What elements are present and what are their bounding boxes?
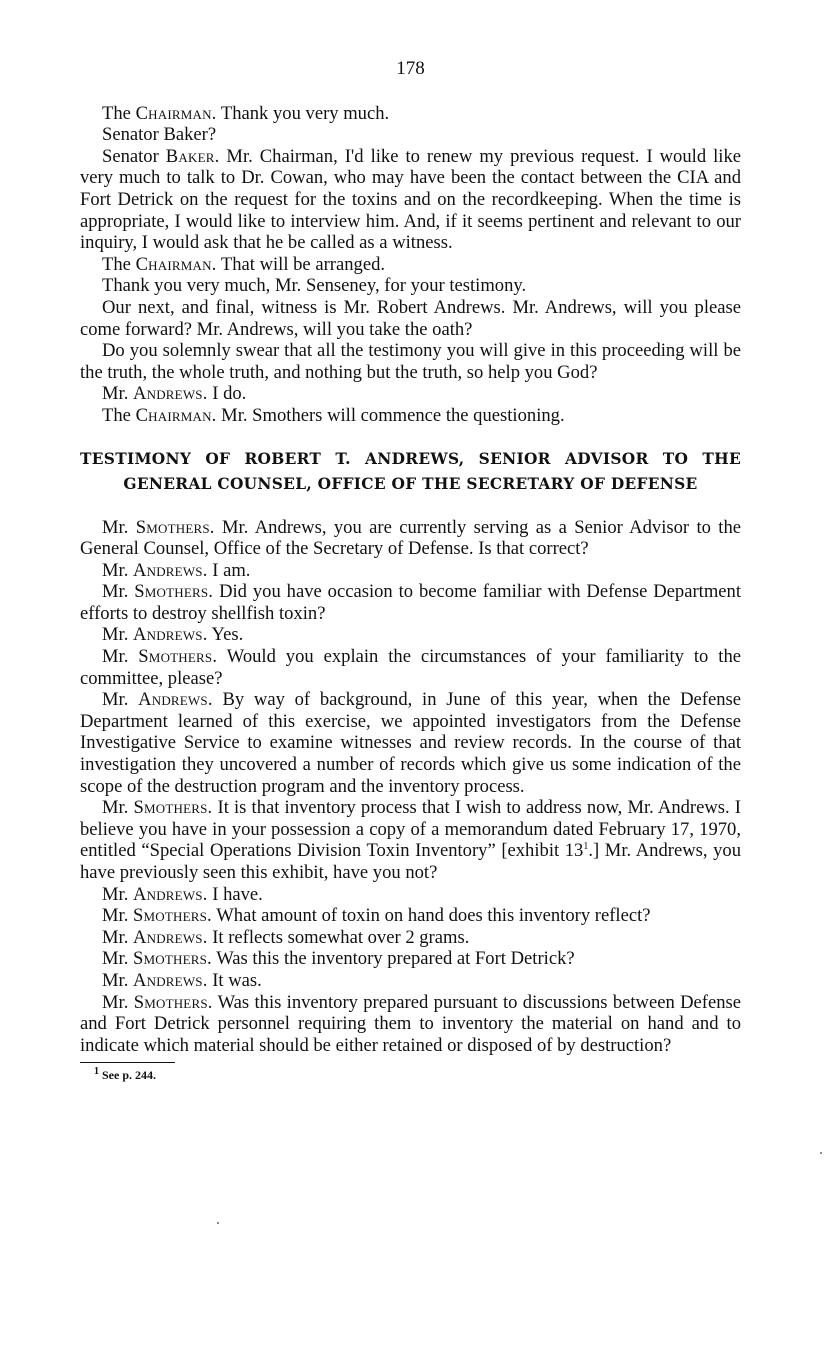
speaker: Andrews.	[133, 970, 208, 991]
paragraph: Mr. Smothers. What amount of toxin on ha…	[80, 905, 741, 927]
paragraph-text: It reflects somewhat over 2 grams.	[208, 927, 470, 948]
testimony-transcript: Mr. Smothers. Mr. Andrews, you are curre…	[80, 517, 741, 1057]
paragraph-text: Was this the inventory prepared at Fort …	[212, 948, 575, 969]
paragraph-text: I have.	[208, 884, 263, 905]
paragraph-text: Thank you very much, Mr. Senseney, for y…	[102, 275, 526, 296]
heading-line-2: GENERAL COUNSEL, OFFICE OF THE SECRETARY…	[123, 475, 697, 493]
paragraph: Mr. Andrews. It reflects somewhat over 2…	[80, 927, 741, 949]
speaker: Smothers.	[134, 992, 213, 1013]
speaker: Andrews.	[133, 560, 208, 581]
speaker: Chairman.	[136, 405, 217, 426]
paragraph: Mr. Andrews. I am.	[80, 560, 741, 582]
paragraph: Mr. Andrews. I do.	[80, 383, 741, 405]
speaker: Andrews.	[133, 927, 208, 948]
speaker: Smothers.	[133, 797, 212, 818]
speaker-prefix: Mr.	[102, 689, 138, 710]
speaker-prefix: The	[102, 254, 136, 275]
speaker: Andrews.	[133, 884, 208, 905]
paragraph-text: Senator Baker?	[102, 124, 216, 145]
speaker: Smothers.	[133, 905, 212, 926]
paragraph: Thank you very much, Mr. Senseney, for y…	[80, 275, 741, 297]
speaker: Baker.	[166, 146, 220, 167]
speaker: Smothers.	[136, 517, 215, 538]
speaker-prefix: Mr.	[102, 927, 133, 948]
paragraph-text: Do you solemnly swear that all the testi…	[80, 340, 741, 383]
speaker-prefix: Mr.	[102, 948, 133, 969]
paragraph: Mr. Andrews. I have.	[80, 884, 741, 906]
footnote-text: See p. 244.	[99, 1068, 156, 1082]
paragraph-text: Thank you very much.	[217, 103, 390, 124]
speaker-prefix: The	[102, 103, 136, 124]
paragraph-text: What amount of toxin on hand does this i…	[212, 905, 651, 926]
paragraph: Mr. Andrews. Yes.	[80, 624, 741, 646]
paragraph: Mr. Smothers. Would you explain the circ…	[80, 646, 741, 689]
speaker-prefix: Mr.	[102, 624, 133, 645]
speaker: Chairman.	[136, 103, 217, 124]
paragraph-text: It was.	[208, 970, 262, 991]
paragraph-text: I do.	[208, 383, 247, 404]
speaker-prefix: Mr.	[102, 646, 138, 667]
paragraph: The Chairman. Mr. Smothers will commence…	[80, 405, 741, 427]
speaker-prefix: Mr.	[102, 970, 133, 991]
paragraph: Mr. Smothers. Mr. Andrews, you are curre…	[80, 517, 741, 560]
speaker-prefix: Mr.	[102, 884, 133, 905]
paragraph-text: That will be arranged.	[217, 254, 386, 275]
section-heading: TESTIMONY OF ROBERT T. ANDREWS, SENIOR A…	[80, 447, 741, 497]
page-number: 178	[80, 58, 741, 80]
document-page: 178 The Chairman. Thank you very much. S…	[80, 58, 741, 1087]
paragraph: Mr. Smothers. Was this inventory prepare…	[80, 992, 741, 1057]
speaker-prefix: Mr.	[102, 560, 133, 581]
paragraph: Mr. Andrews. It was.	[80, 970, 741, 992]
paragraph: Mr. Andrews. By way of background, in Ju…	[80, 689, 741, 797]
speaker: Smothers.	[138, 646, 217, 667]
paragraph: Senator Baker. Mr. Chairman, I'd like to…	[80, 146, 741, 254]
speaker-prefix: Mr.	[102, 517, 136, 538]
speaker: Andrews.	[133, 383, 208, 404]
speaker-prefix: Mr.	[102, 905, 133, 926]
speaker: Andrews.	[133, 624, 208, 645]
paragraph: Mr. Smothers. Was this the inventory pre…	[80, 948, 741, 970]
speaker-prefix: Mr.	[102, 581, 134, 602]
speaker-prefix: Mr.	[102, 992, 134, 1013]
speaker: Andrews.	[138, 689, 213, 710]
paragraph: Mr. Smothers. It is that inventory proce…	[80, 797, 741, 883]
top-transcript: The Chairman. Thank you very much. Senat…	[80, 103, 741, 427]
footnote: 1 See p. 244.	[94, 1065, 741, 1087]
paragraph: Senator Baker?	[80, 124, 741, 146]
paragraph-text: Yes.	[208, 624, 244, 645]
paragraph: Our next, and final, witness is Mr. Robe…	[80, 297, 741, 340]
speaker-prefix: Mr.	[102, 797, 133, 818]
speaker: Smothers.	[134, 581, 213, 602]
speaker-prefix: Mr.	[102, 383, 133, 404]
speaker: Chairman.	[136, 254, 217, 275]
paragraph: Mr. Smothers. Did you have occasion to b…	[80, 581, 741, 624]
scan-speck	[217, 1222, 219, 1224]
speaker-prefix: Senator	[102, 146, 166, 167]
scan-speck	[820, 1152, 822, 1154]
paragraph: The Chairman. That will be arranged.	[80, 254, 741, 276]
footnote-divider	[80, 1062, 175, 1063]
paragraph: The Chairman. Thank you very much.	[80, 103, 741, 125]
speaker: Smothers.	[133, 948, 212, 969]
speaker-prefix: The	[102, 405, 136, 426]
paragraph: Do you solemnly swear that all the testi…	[80, 340, 741, 383]
paragraph-text: Mr. Smothers will commence the questioni…	[217, 405, 565, 426]
heading-line-1: TESTIMONY OF ROBERT T. ANDREWS, SENIOR A…	[80, 447, 741, 472]
paragraph-text: I am.	[208, 560, 251, 581]
paragraph-text: Our next, and final, witness is Mr. Robe…	[80, 297, 741, 340]
